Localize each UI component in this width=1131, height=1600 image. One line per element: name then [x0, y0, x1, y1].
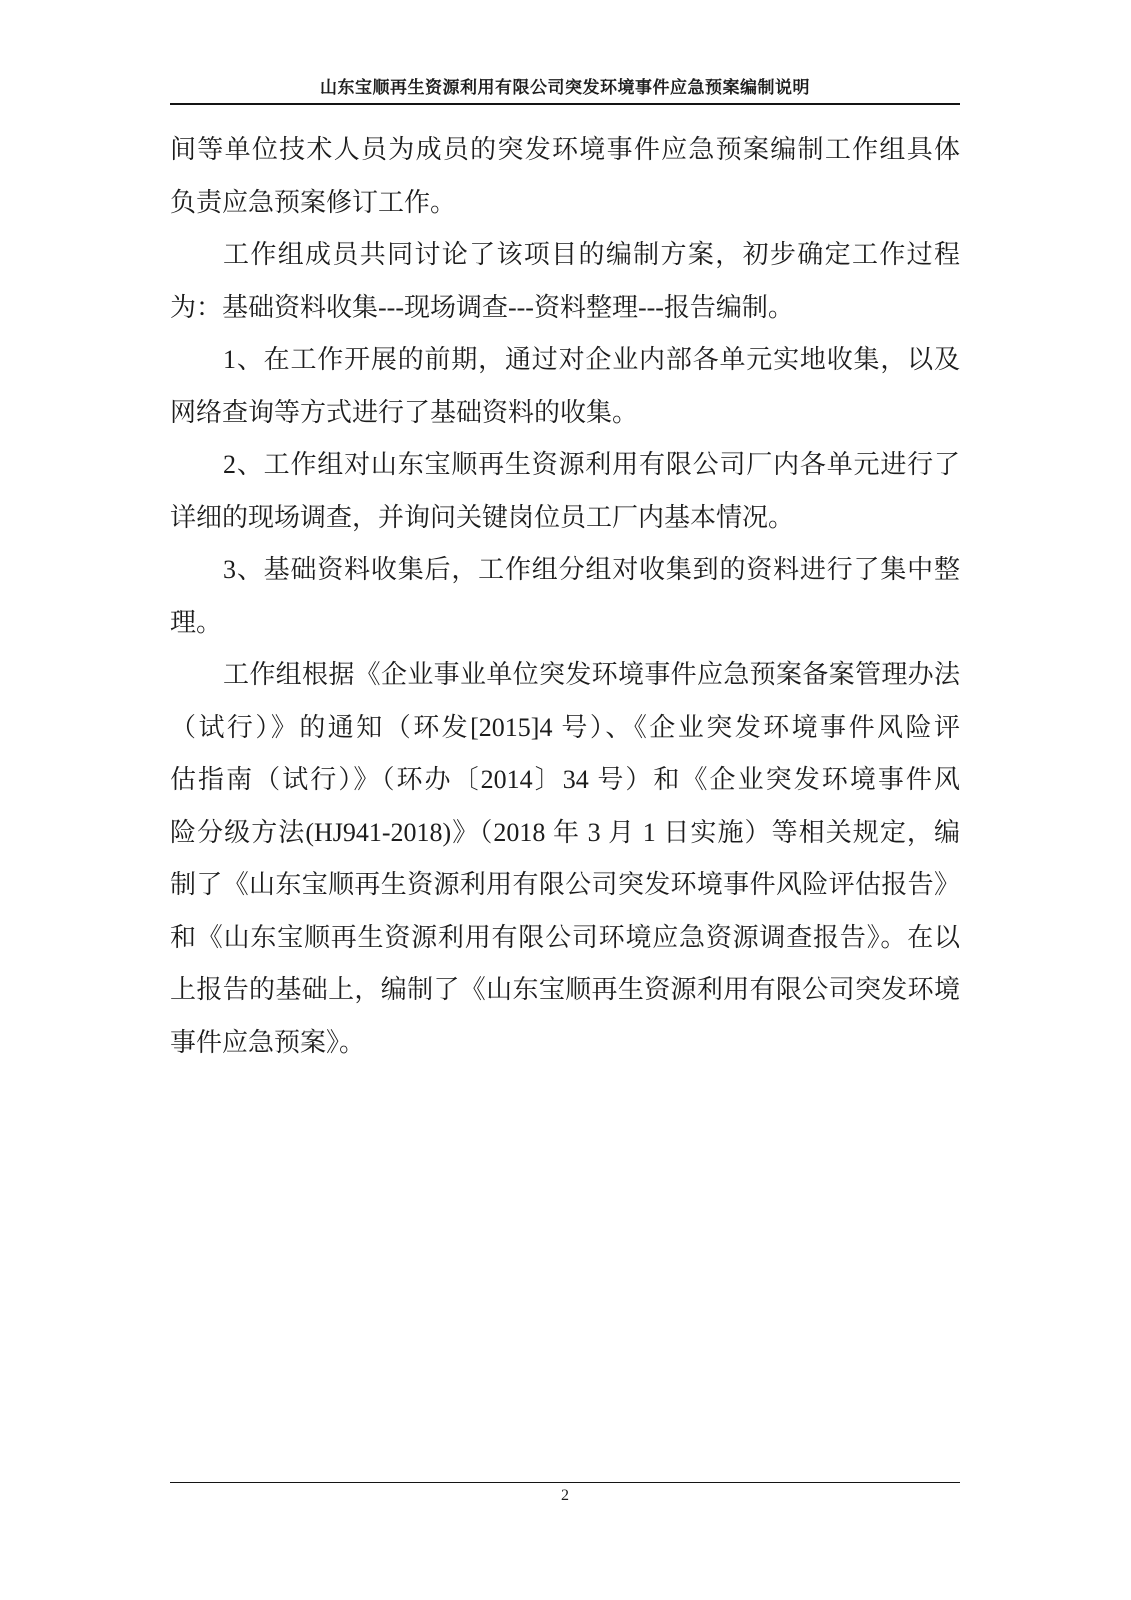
page-header: 山东宝顺再生资源利用有限公司突发环境事件应急预案编制说明	[170, 76, 960, 105]
body-line: 工作组成员共同讨论了该项目的编制方案，初步确定工作过程	[170, 229, 960, 282]
body-line: 负责应急预案修订工作。	[170, 177, 960, 230]
body-line: 事件应急预案》。	[170, 1017, 960, 1070]
body-line: 估指南（试行）》（环办〔2014〕34 号）和《企业突发环境事件风	[170, 754, 960, 807]
body-line: （试行）》的通知（环发[2015]4 号）、《企业突发环境事件风险评	[170, 702, 960, 755]
document-body: 间等单位技术人员为成员的突发环境事件应急预案编制工作组具体 负责应急预案修订工作…	[170, 124, 960, 1069]
body-line: 间等单位技术人员为成员的突发环境事件应急预案编制工作组具体	[170, 124, 960, 177]
body-line: 工作组根据《企业事业单位突发环境事件应急预案备案管理办法	[170, 649, 960, 702]
body-line: 制了《山东宝顺再生资源利用有限公司突发环境事件风险评估报告》	[170, 859, 960, 912]
document-page: 山东宝顺再生资源利用有限公司突发环境事件应急预案编制说明 间等单位技术人员为成员…	[0, 0, 1131, 1600]
body-line: 详细的现场调查，并询问关键岗位员工厂内基本情况。	[170, 492, 960, 545]
header-title: 山东宝顺再生资源利用有限公司突发环境事件应急预案编制说明	[170, 76, 960, 100]
body-line: 3、基础资料收集后，工作组分组对收集到的资料进行了集中整	[170, 544, 960, 597]
body-line: 险分级方法(HJ941-2018)》（2018 年 3 月 1 日实施）等相关规…	[170, 807, 960, 860]
body-line: 理。	[170, 597, 960, 650]
page-number: 2	[170, 1483, 960, 1507]
body-line: 上报告的基础上，编制了《山东宝顺再生资源利用有限公司突发环境	[170, 964, 960, 1017]
body-line: 和《山东宝顺再生资源利用有限公司环境应急资源调查报告》。在以	[170, 912, 960, 965]
body-line: 2、工作组对山东宝顺再生资源利用有限公司厂内各单元进行了	[170, 439, 960, 492]
body-line: 1、在工作开展的前期，通过对企业内部各单元实地收集，以及	[170, 334, 960, 387]
body-line: 网络查询等方式进行了基础资料的收集。	[170, 387, 960, 440]
page-footer: 2	[170, 1482, 960, 1507]
body-line: 为：基础资料收集---现场调查---资料整理---报告编制。	[170, 282, 960, 335]
